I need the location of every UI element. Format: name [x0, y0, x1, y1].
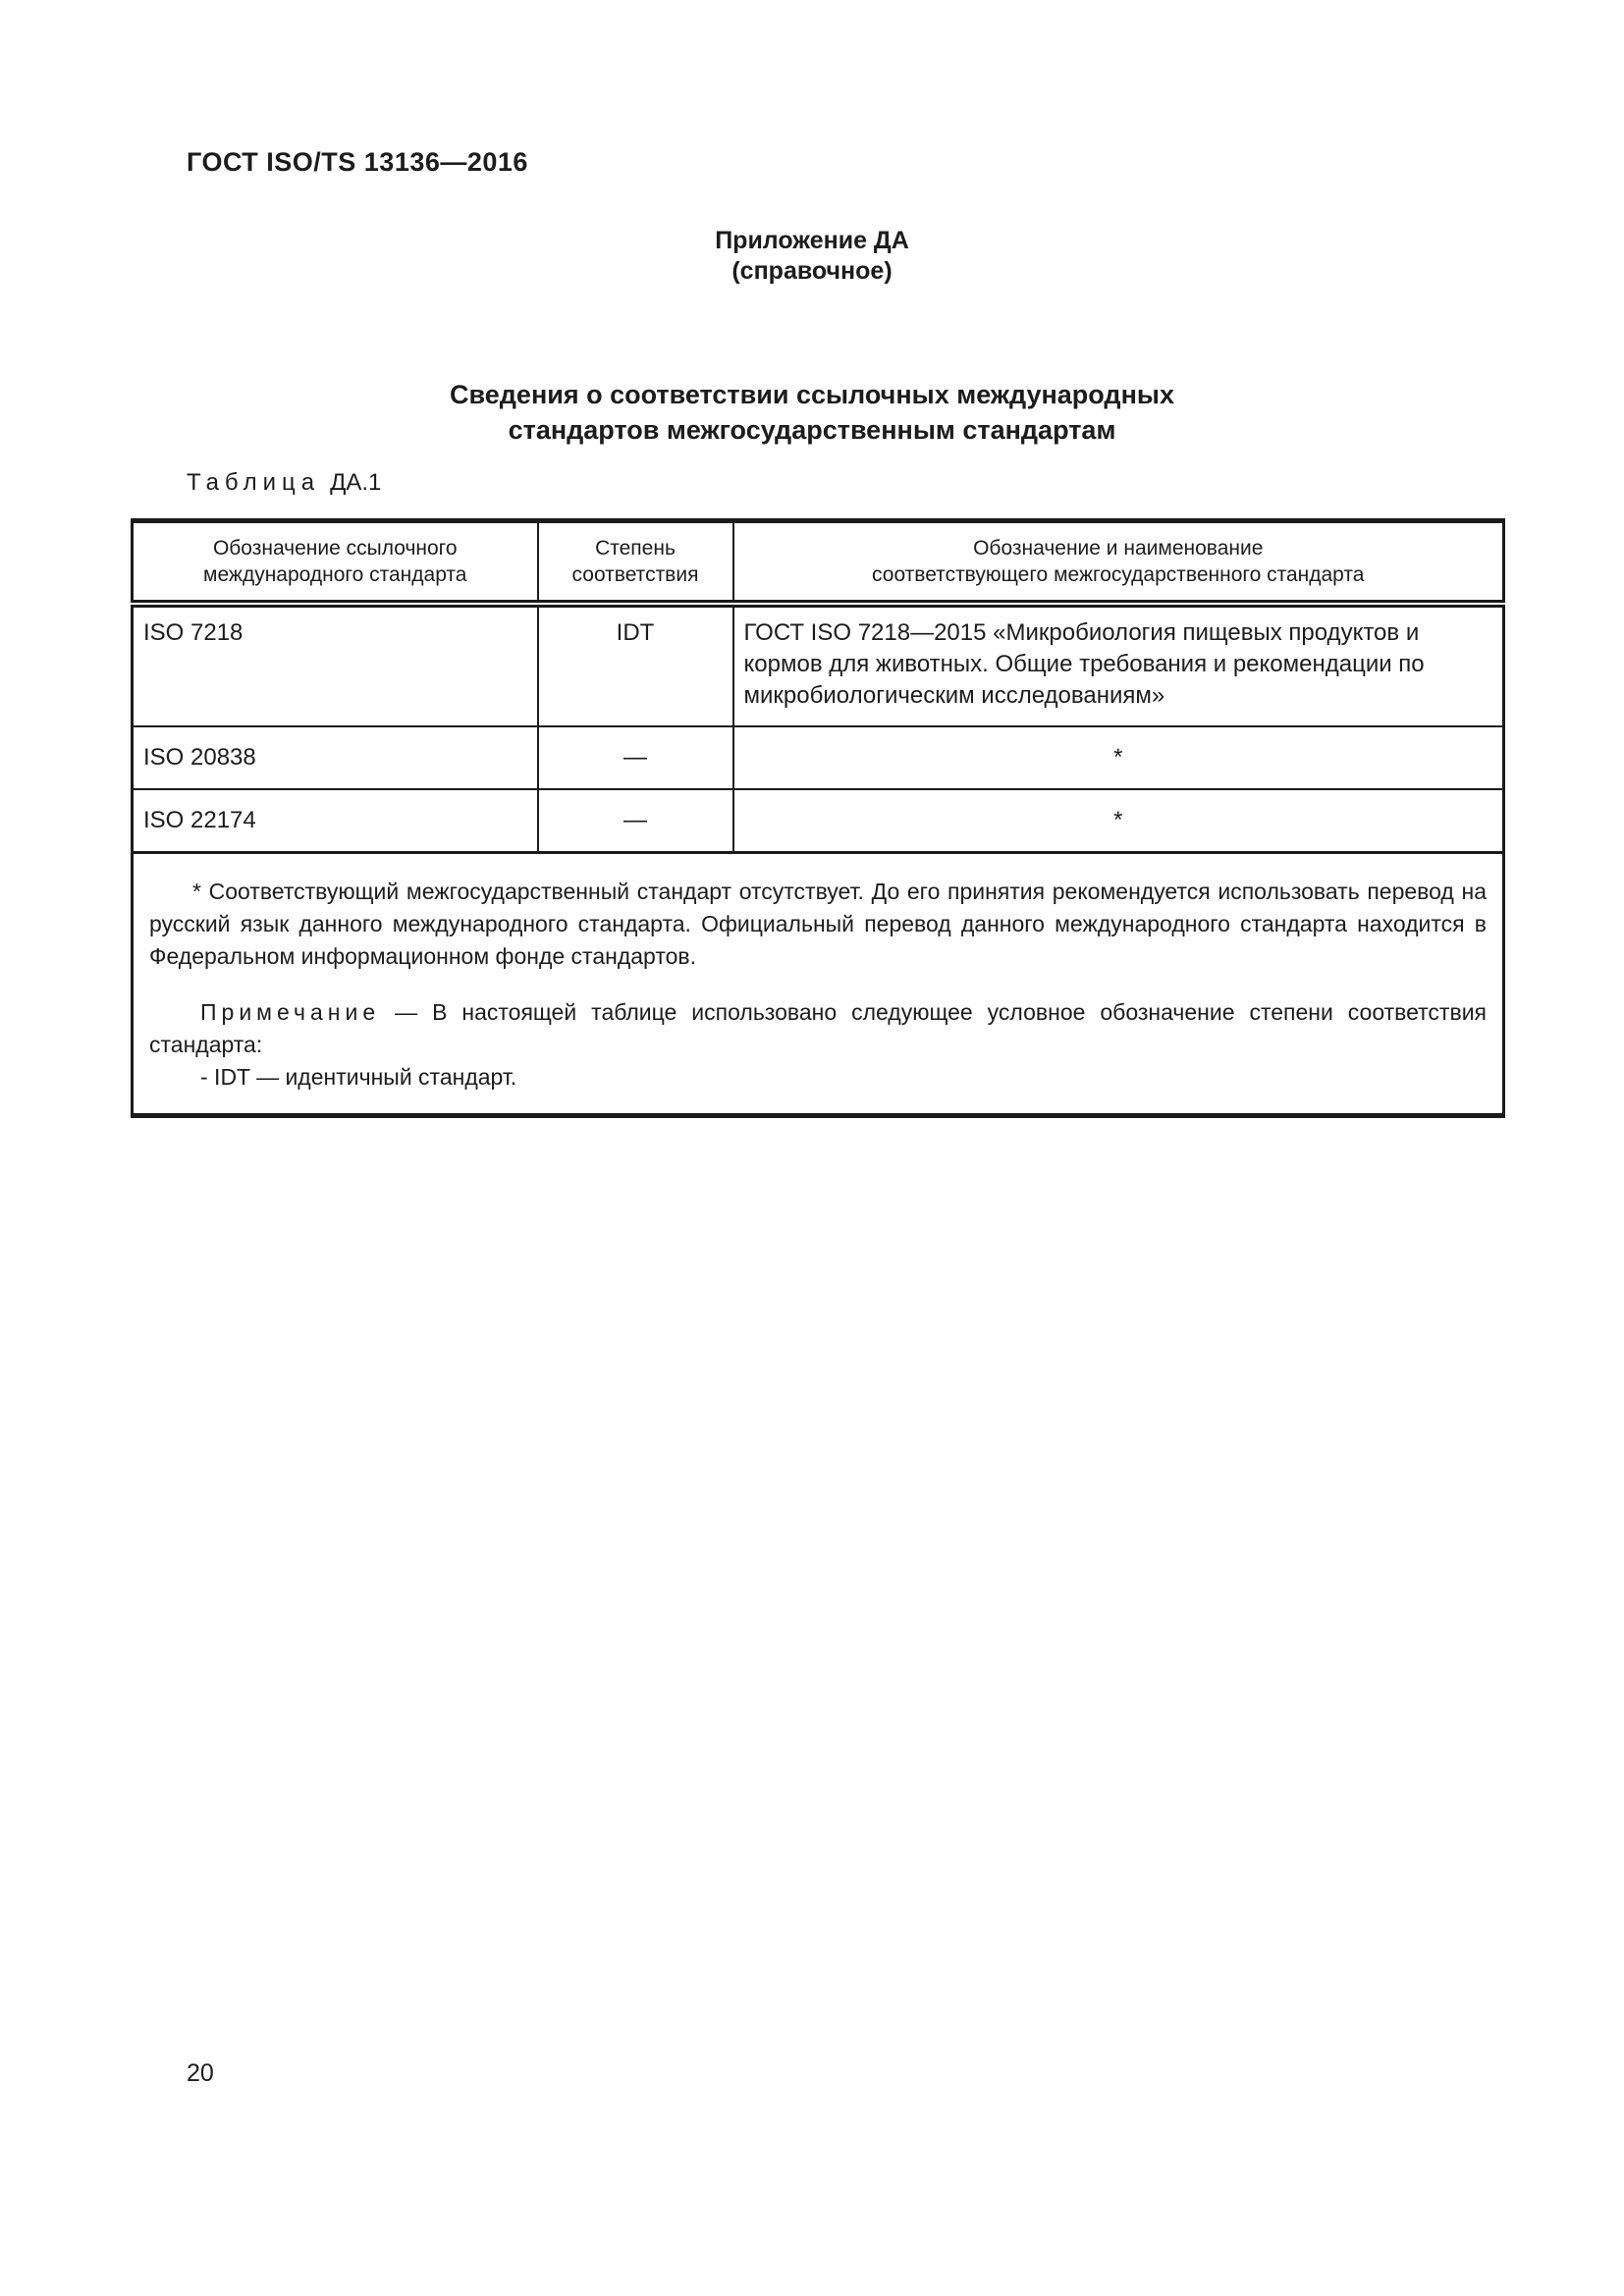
cell-match: * [733, 789, 1504, 853]
cell-standard: ISO 22174 [133, 789, 538, 853]
table-footnote-row: * Соответствующий межгосударственный ста… [133, 853, 1504, 1116]
table-caption: ТаблицаДА.1 [187, 469, 381, 497]
cell-standard: ISO 20838 [133, 726, 538, 789]
footnote-text: * Соответствующий межгосударственный ста… [149, 876, 1487, 973]
document-header: ГОСТ ISO/TS 13136—2016 [187, 147, 528, 178]
table-body: ISO 7218 IDT ГОСТ ISO 7218—2015 «Микроби… [133, 604, 1504, 1116]
table-caption-label: Таблица [187, 469, 320, 496]
column-header-interstate-standard: Обозначение и наименование соответствующ… [733, 521, 1504, 605]
page-number: 20 [187, 2059, 214, 2088]
cell-degree: — [538, 789, 733, 853]
section-title-line2: стандартов межгосударственным стандартам [0, 412, 1624, 448]
column-header-reference-standard: Обозначение ссылочного международного ст… [133, 521, 538, 605]
table-footnote-cell: * Соответствующий межгосударственный ста… [133, 853, 1504, 1116]
table-header: Обозначение ссылочного международного ст… [133, 521, 1504, 605]
table-row: ISO 22174 — * [133, 789, 1504, 853]
appendix-kind: (справочное) [0, 257, 1624, 286]
table-row: ISO 20838 — * [133, 726, 1504, 789]
cell-degree: — [538, 726, 733, 789]
note-item-idt: - IDT — идентичный стандарт. [149, 1061, 1487, 1094]
note-label: Примечание [200, 999, 380, 1025]
document-page: ГОСТ ISO/TS 13136—2016 Приложение ДА (сп… [0, 0, 1624, 2296]
correspondence-table: Обозначение ссылочного международного ст… [131, 518, 1505, 1118]
cell-standard: ISO 7218 [133, 604, 538, 726]
note-paragraph: Примечание — В настоящей таблице использ… [149, 996, 1487, 1061]
cell-match: ГОСТ ISO 7218—2015 «Микробиология пищевы… [733, 604, 1504, 726]
table-row: ISO 7218 IDT ГОСТ ISO 7218—2015 «Микроби… [133, 604, 1504, 726]
cell-degree: IDT [538, 604, 733, 726]
table-header-row: Обозначение ссылочного международного ст… [133, 521, 1504, 605]
cell-match: * [733, 726, 1504, 789]
column-header-degree: Степень соответствия [538, 521, 733, 605]
section-title: Сведения о соответствии ссылочных междун… [0, 377, 1624, 448]
table-caption-number: ДА.1 [330, 469, 381, 496]
appendix-label: Приложение ДА [0, 227, 1624, 255]
section-title-line1: Сведения о соответствии ссылочных междун… [0, 377, 1624, 412]
